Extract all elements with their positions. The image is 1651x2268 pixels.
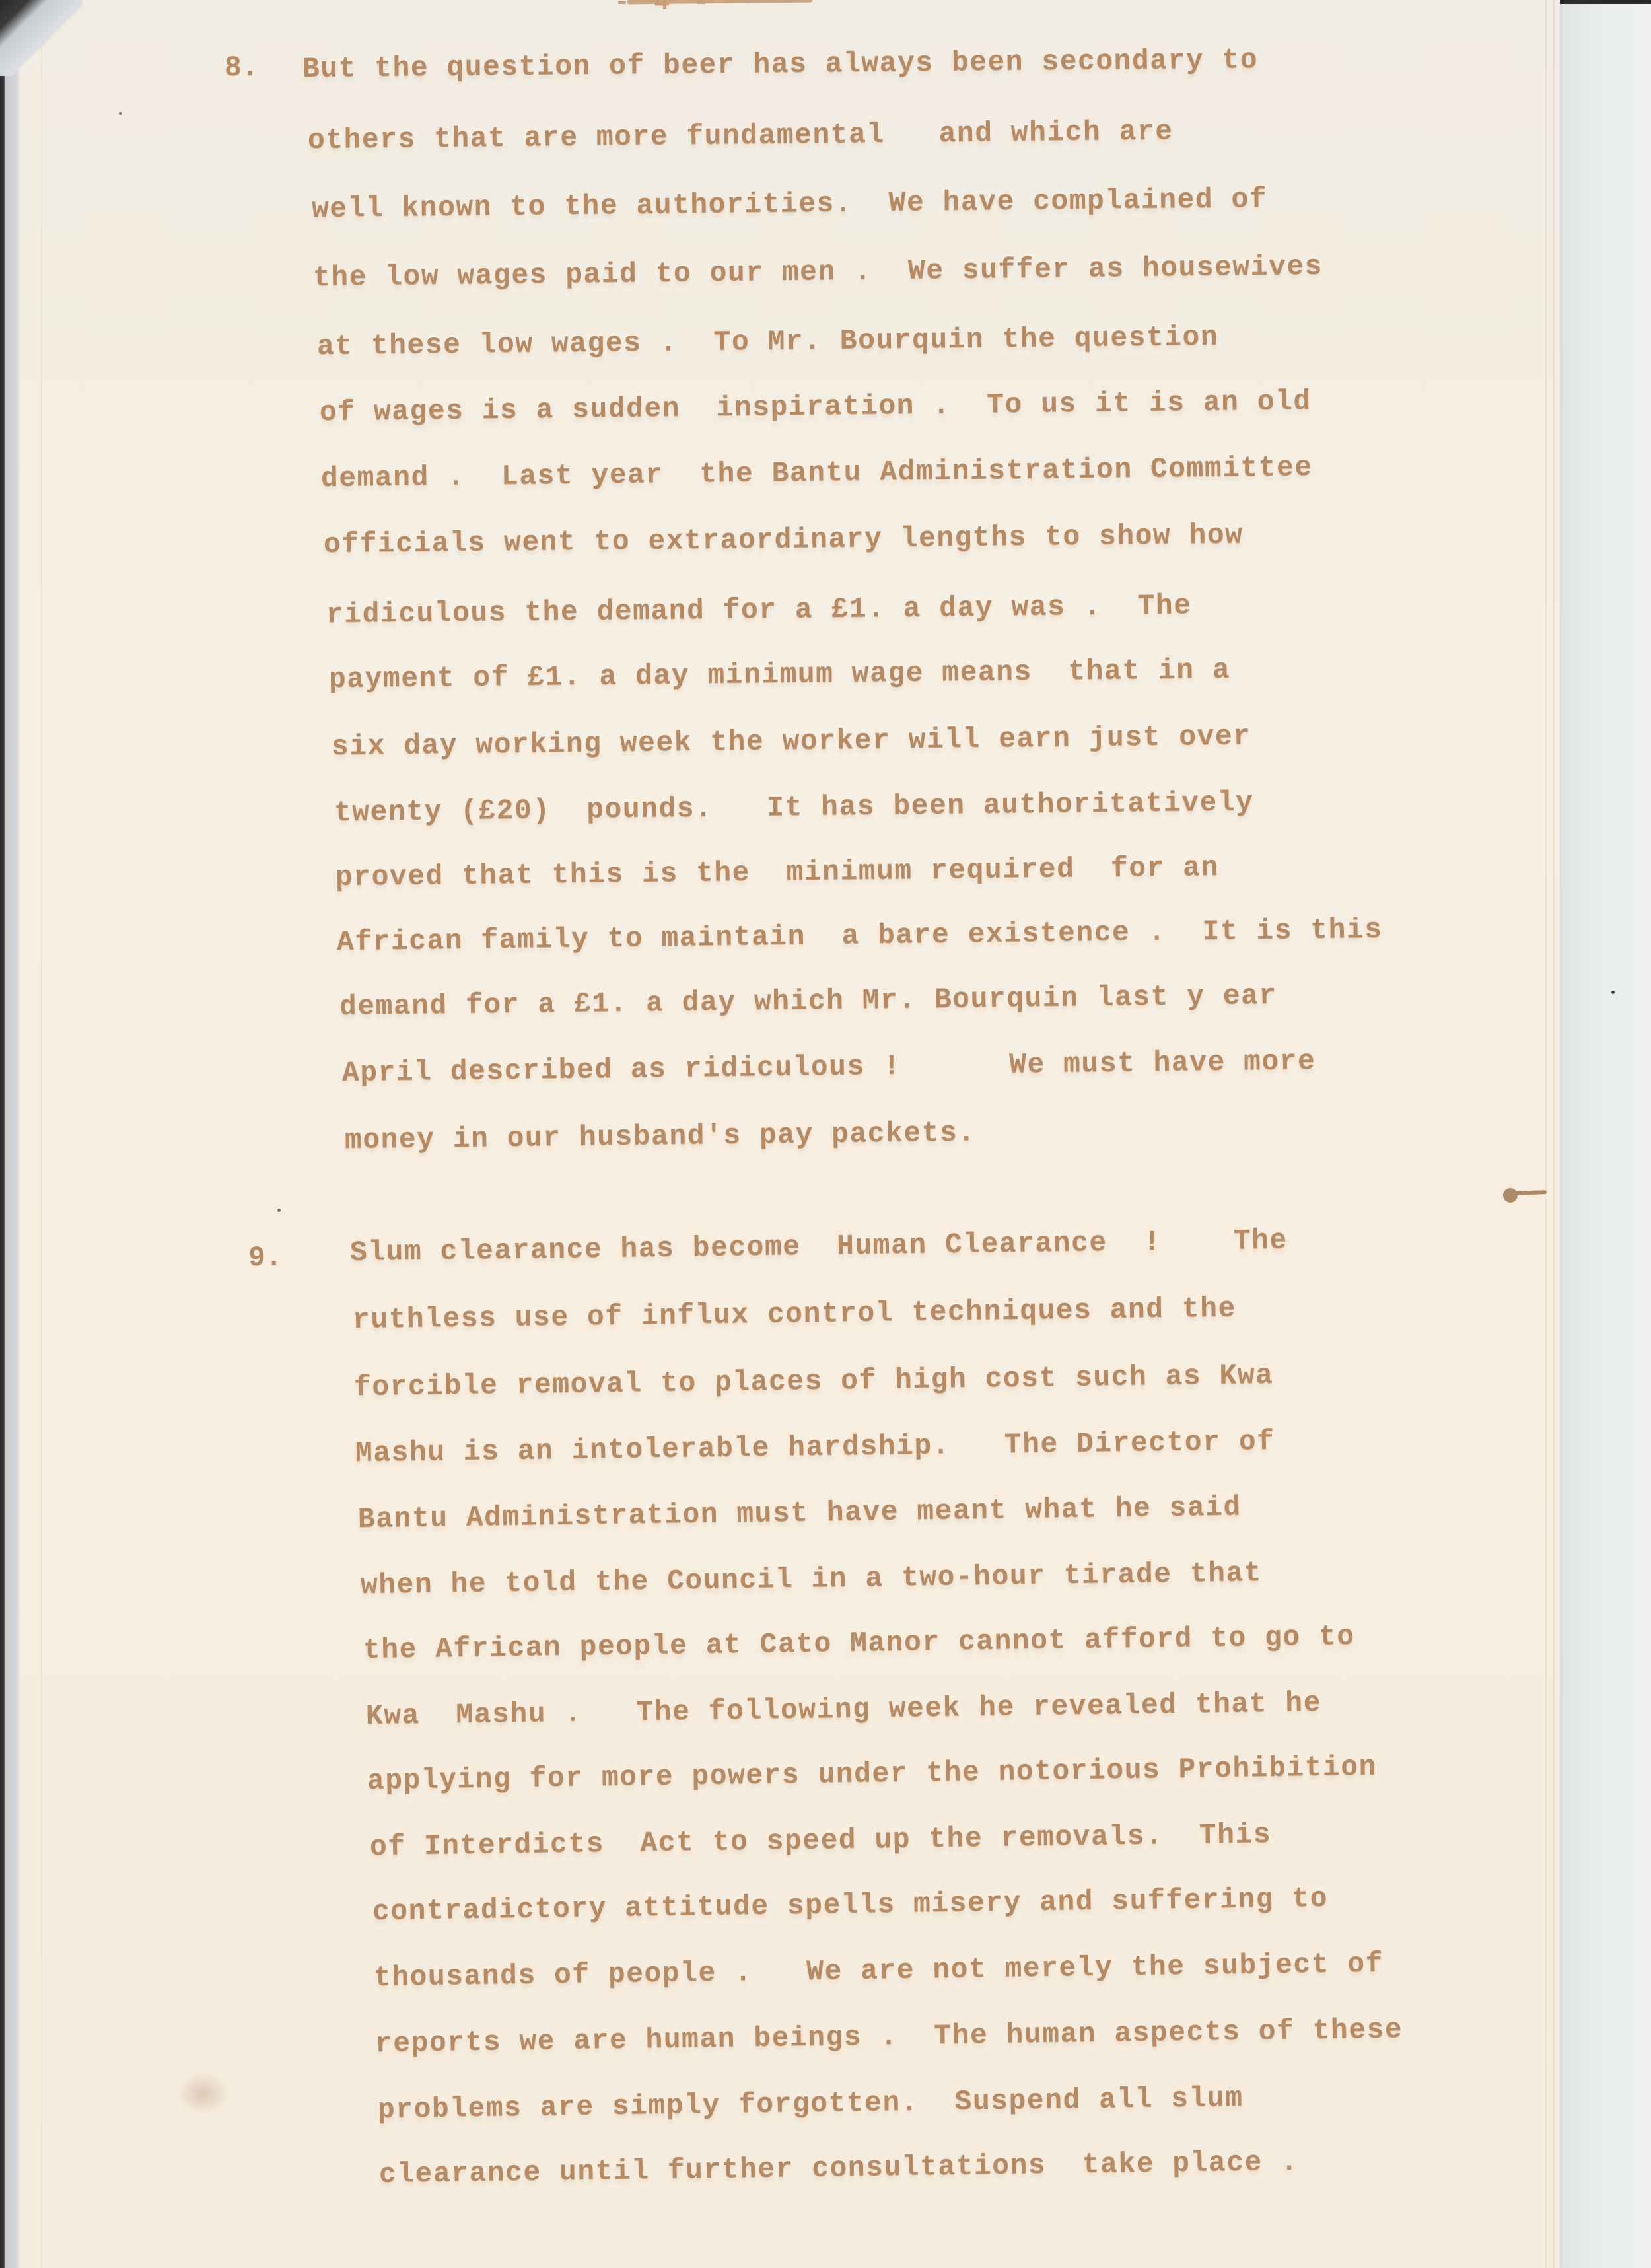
header-underline: [627, 0, 812, 4]
text-line: proved that this is the minimum required…: [335, 851, 1219, 894]
paper-speck: [119, 112, 122, 115]
paper-sheet: - 4 - 8. But the question of beer has al…: [0, 0, 1560, 2268]
ink-tick-mark: [1503, 1187, 1548, 1204]
text-line: six day working week the worker will ear…: [332, 720, 1251, 763]
text-line: African family to maintain a bare existe…: [337, 913, 1383, 958]
ink-blob: [1503, 1188, 1518, 1203]
paper-stack-line: [1545, 0, 1547, 2268]
text-line: at these low wages . To Mr. Bourquin the…: [317, 321, 1219, 363]
text-line: of wages is a sudden inspiration . To us…: [320, 385, 1312, 429]
paper-stack-line: [1553, 0, 1555, 2268]
text-line: thousands of people . We are not merely …: [374, 1948, 1384, 1994]
text-line: forcible removal to places of high cost …: [354, 1359, 1274, 1403]
paragraph-number: 8.: [225, 52, 259, 84]
text-line: others that are more fundamental and whi…: [308, 115, 1174, 157]
text-line: Mashu is an intolerable hardship. The Di…: [355, 1425, 1275, 1470]
text-line: April described as ridiculous ! We must …: [342, 1045, 1316, 1089]
text-line: payment of £1. a day minimum wage means …: [329, 654, 1231, 695]
paper-speck: [277, 1209, 281, 1212]
text-line: twenty (£20) pounds. It has been authori…: [334, 786, 1254, 829]
text-line: ridiculous the demand for a £1. a day wa…: [326, 589, 1192, 631]
text-line: reports we are human beings . The human …: [375, 2013, 1403, 2060]
text-line: officials went to extraordinary lengths …: [324, 518, 1244, 561]
text-line: contradictory attitude spells misery and…: [372, 1882, 1329, 1928]
text-line: demand for a £1. a day which Mr. Bourqui…: [339, 979, 1277, 1023]
curled-corner: [0, 0, 83, 76]
scanner-backdrop: [1559, 0, 1651, 2268]
text-line: ruthless use of influx control technique…: [353, 1292, 1236, 1336]
text-line: But the question of beer has always been…: [302, 44, 1259, 85]
text-line: clearance until further consultations ta…: [379, 2146, 1299, 2191]
text-line: when he told the Council in a two-hour t…: [361, 1557, 1263, 1602]
text-line: Kwa Mashu . The following week he reveal…: [366, 1687, 1322, 1732]
left-fold-line: [41, 0, 42, 2268]
paper-speck: [1611, 991, 1615, 994]
paper-stain: [178, 2074, 228, 2113]
scanner-edge-strip: [1559, 0, 1651, 4]
text-line: money in our husband's pay packets.: [345, 1116, 976, 1156]
text-line: Bantu Administration must have meant wha…: [358, 1491, 1242, 1536]
text-line: the African people at Cato Manor cannot …: [363, 1620, 1355, 1666]
text-line: problems are simply forgotten. Suspend a…: [378, 2082, 1244, 2126]
text-line: well known to the authorities. We have c…: [312, 183, 1268, 225]
text-line: applying for more powers under the notor…: [367, 1751, 1378, 1797]
text-line: the low wages paid to our men . We suffe…: [313, 250, 1323, 294]
page-number-header: - 4 -: [608, 0, 819, 17]
left-stack-edge: [0, 0, 20, 2268]
text-line: demand . Last year the Bantu Administrat…: [321, 451, 1313, 495]
ink-tail: [1512, 1190, 1547, 1195]
text-line: Slum clearance has become Human Clearanc…: [350, 1224, 1288, 1269]
paragraph-number: 9.: [248, 1241, 283, 1274]
text-line: of Interdicts Act to speed up the remova…: [370, 1818, 1272, 1863]
